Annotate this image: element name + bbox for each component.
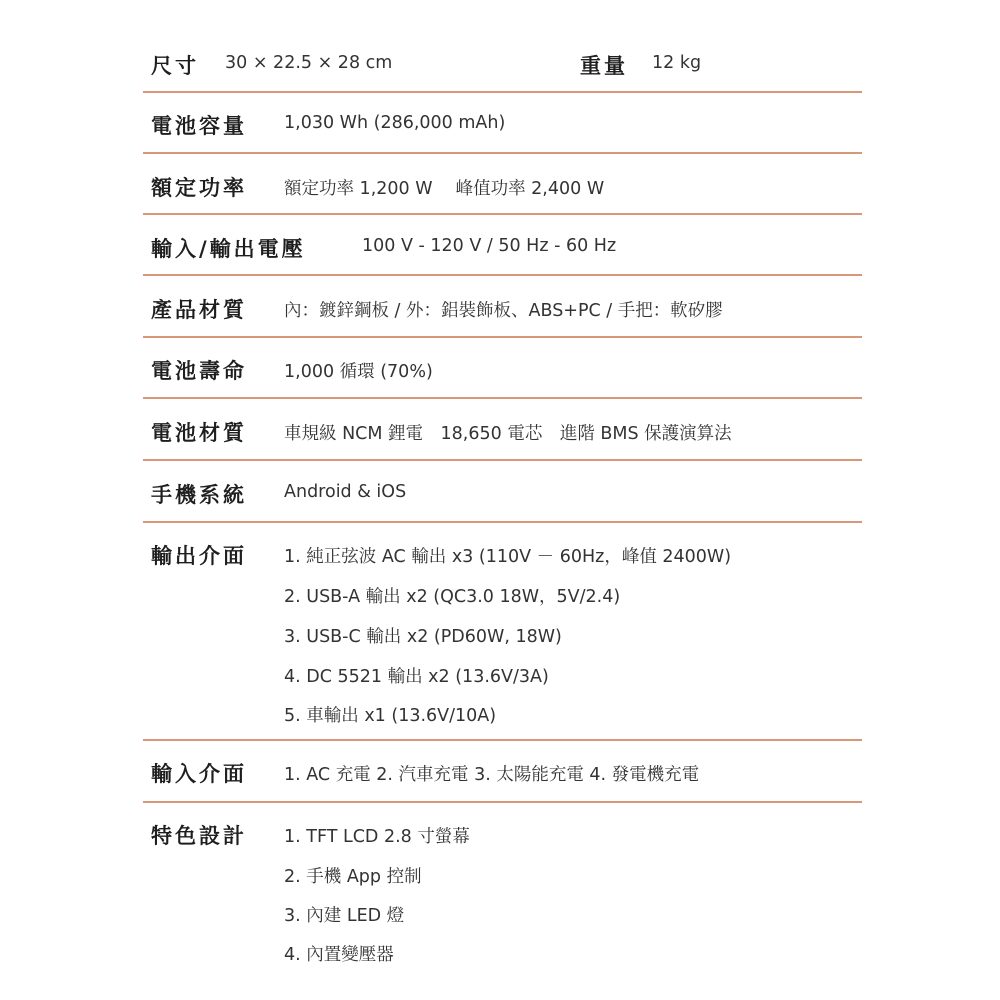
spec-value-material: 內：鍍鋅鋼板 / 外：鋁裝飾板、ABS+PC / 手把：軟矽膠 [284,297,723,322]
spec-value-battery-life: 1,000 循環 (70%) [284,358,433,383]
divider [143,459,862,461]
spec-row-battery-material: 電池材質 車規級 NCM 鋰電 18,650 電芯 進階 BMS 保護演算法 [143,415,862,449]
divider [143,274,862,276]
spec-row-features: 特色設計 1. TFT LCD 2.8 寸螢幕 2. 手機 App 控制 3. … [143,818,862,978]
spec-label-material: 產品材質 [151,294,247,324]
spec-row-battery-life: 電池壽命 1,000 循環 (70%) [143,353,862,387]
divider [143,521,862,523]
spec-label-dimensions: 尺寸 [151,50,199,80]
spec-label-battery-capacity: 電池容量 [151,110,247,140]
spec-value-voltage: 100 V - 120 V / 50 Hz - 60 Hz [362,236,616,256]
spec-row-battery-capacity: 電池容量 1,030 Wh (286,000 mAh) [143,108,862,142]
spec-label-rated-power: 額定功率 [151,172,247,202]
divider [143,801,862,803]
spec-row-voltage: 輸入/輸出電壓 100 V - 120 V / 50 Hz - 60 Hz [143,231,862,265]
feature-item: 2. 手機 App 控制 [284,863,422,888]
spec-row-dimensions: 尺寸 30 × 22.5 × 28 cm 重量 12 kg [143,48,862,82]
spec-value-battery-material: 車規級 NCM 鋰電 18,650 電芯 進階 BMS 保護演算法 [284,420,732,445]
output-port-item: 5. 車輸出 x1 (13.6V/10A) [284,702,496,727]
spec-value-phone-system: Android & iOS [284,482,406,502]
output-port-item: 4. DC 5521 輸出 x2 (13.6V/3A) [284,663,549,688]
spec-row-material: 產品材質 內：鍍鋅鋼板 / 外：鋁裝飾板、ABS+PC / 手把：軟矽膠 [143,292,862,326]
spec-label-weight: 重量 [580,50,628,80]
output-port-item: 2. USB-A 輸出 x2 (QC3.0 18W，5V/2.4) [284,583,620,608]
spec-row-rated-power: 額定功率 額定功率 1,200 W 峰值功率 2,400 W [143,170,862,204]
spec-label-voltage: 輸入/輸出電壓 [151,233,306,263]
spec-value-input-ports: 1. AC 充電 2. 汽車充電 3. 太陽能充電 4. 發電機充電 [284,761,699,786]
spec-row-phone-system: 手機系統 Android & iOS [143,477,862,511]
spec-row-output-ports: 輸出介面 1. 純正弦波 AC 輸出 x3 (110V － 60Hz，峰值 24… [143,538,862,728]
spec-row-input-ports: 輸入介面 1. AC 充電 2. 汽車充電 3. 太陽能充電 4. 發電機充電 [143,756,862,790]
divider [143,91,862,93]
spec-value-weight: 12 kg [652,53,701,73]
spec-label-battery-life: 電池壽命 [151,355,247,385]
spec-label-output-ports: 輸出介面 [151,540,247,570]
spec-label-battery-material: 電池材質 [151,417,247,447]
output-port-item: 1. 純正弦波 AC 輸出 x3 (110V － 60Hz，峰值 2400W) [284,543,731,568]
output-port-item: 3. USB-C 輸出 x2 (PD60W, 18W) [284,623,562,648]
spec-value-rated-power: 額定功率 1,200 W 峰值功率 2,400 W [284,175,604,200]
divider [143,336,862,338]
divider [143,739,862,741]
spec-value-dimensions: 30 × 22.5 × 28 cm [225,53,392,73]
spec-label-input-ports: 輸入介面 [151,758,247,788]
spec-value-battery-capacity: 1,030 Wh (286,000 mAh) [284,113,505,133]
feature-item: 1. TFT LCD 2.8 寸螢幕 [284,823,470,848]
divider [143,397,862,399]
divider [143,213,862,215]
feature-item: 4. 內置變壓器 [284,941,394,966]
divider [143,152,862,154]
feature-item: 3. 內建 LED 燈 [284,902,404,927]
spec-label-features: 特色設計 [151,820,247,850]
spec-label-phone-system: 手機系統 [151,479,247,509]
